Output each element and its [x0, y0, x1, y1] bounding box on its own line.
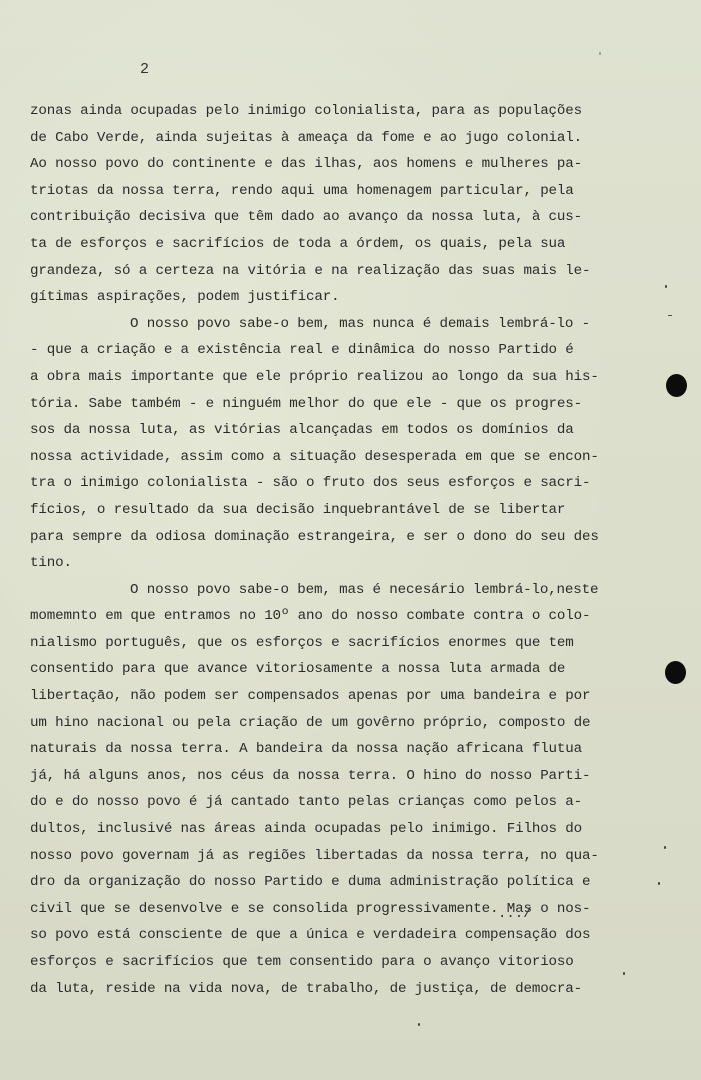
- text-line: tra o inimigo colonialista - são o fruto…: [30, 470, 630, 497]
- text-line: fícios, o resultado da sua decisão inque…: [30, 497, 630, 524]
- text-line: dro da organização do nosso Partido e du…: [30, 869, 630, 896]
- text-line: da luta, reside na vida nova, de trabalh…: [30, 976, 630, 1003]
- text-line: momemnto em que entramos no 10º ano do n…: [30, 603, 630, 630]
- text-line: já, há alguns anos, nos céus da nossa te…: [30, 763, 630, 790]
- text-line: O nosso povo sabe-o bem, mas é necesário…: [30, 577, 630, 604]
- text-line: para sempre da odiosa dominação estrange…: [30, 524, 630, 551]
- paper-speck: [665, 285, 667, 288]
- body-text: zonas ainda ocupadas pelo inimigo coloni…: [30, 98, 630, 1002]
- text-line: - que a criação e a existência real e di…: [30, 337, 630, 364]
- text-line: gítimas aspirações, podem justificar.: [30, 284, 630, 311]
- text-line: ta de esforços e sacrifícios de toda a ó…: [30, 231, 630, 258]
- text-line: zonas ainda ocupadas pelo inimigo coloni…: [30, 98, 630, 125]
- text-line: naturais da nossa terra. A bandeira da n…: [30, 736, 630, 763]
- text-line: consentido para que avance vitoriosament…: [30, 656, 630, 683]
- punch-hole-top: [666, 374, 687, 397]
- paper-speck: [668, 315, 672, 316]
- text-line: esforços e sacrifícios que tem consentid…: [30, 949, 630, 976]
- text-line: libertaçāo, não podem ser compensados ap…: [30, 683, 630, 710]
- paper-speck: [418, 1023, 420, 1026]
- text-line: de Cabo Verde, ainda sujeitas à ameaça d…: [30, 125, 630, 152]
- text-line: sos da nossa luta, as vitórias alcançada…: [30, 417, 630, 444]
- text-line: civil que se desenvolve e se consolida p…: [30, 896, 630, 923]
- text-line: contribuição decisiva que têm dado ao av…: [30, 204, 630, 231]
- paper-speck: [599, 52, 601, 55]
- text-line: do e do nosso povo é já cantado tanto pe…: [30, 789, 630, 816]
- text-line: nossa actividade, assim como a situação …: [30, 444, 630, 471]
- continuation-mark: .../: [498, 906, 532, 922]
- punch-hole-bottom: [665, 661, 686, 684]
- text-line: a obra mais importante que ele próprio r…: [30, 364, 630, 391]
- text-line: um hino nacional ou pela criação de um g…: [30, 710, 630, 737]
- text-line: nialismo português, que os esforços e sa…: [30, 630, 630, 657]
- paper-speck: [664, 846, 666, 849]
- text-line: dultos, inclusivé nas áreas ainda ocupad…: [30, 816, 630, 843]
- page-number: 2: [140, 61, 149, 78]
- paper-speck: [623, 972, 625, 975]
- paper-speck: [658, 882, 660, 885]
- text-line: triotas da nossa terra, rendo aqui uma h…: [30, 178, 630, 205]
- text-line: tino.: [30, 550, 630, 577]
- typewritten-page: 2 zonas ainda ocupadas pelo inimigo colo…: [0, 0, 701, 1080]
- text-line: tória. Sabe também - e ninguém melhor do…: [30, 391, 630, 418]
- text-line: O nosso povo sabe-o bem, mas nunca é dem…: [30, 311, 630, 338]
- text-line: so povo está consciente de que a única e…: [30, 922, 630, 949]
- text-line: grandeza, só a certeza na vitória e na r…: [30, 258, 630, 285]
- text-line: nosso povo governam já as regiões libert…: [30, 843, 630, 870]
- text-line: Ao nosso povo do continente e das ilhas,…: [30, 151, 630, 178]
